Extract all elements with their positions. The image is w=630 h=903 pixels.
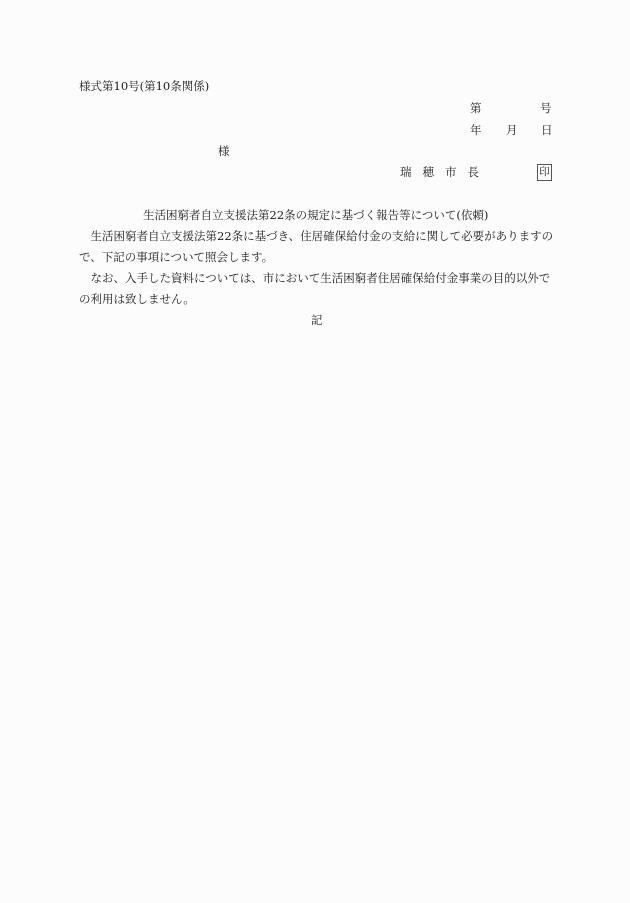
document-title: 生活困窮者自立支援法第22条の規定に基づく報告等について(依頼) xyxy=(143,210,488,222)
paragraph-line: の利用は致しません。 xyxy=(79,289,553,310)
form-number: 様式第10号(第10条関係) xyxy=(79,81,209,93)
paragraph-line: で、下記の事項について照会します。 xyxy=(79,247,553,268)
seal-stamp-icon: 印 xyxy=(537,164,552,181)
paragraph-line: 生活困窮者自立支援法第22条に基づき、住居確保給付金の支給に関して必要があります… xyxy=(79,226,553,247)
paragraph-line: なお、入手した資料については、市において生活困窮者住居確保給付金事業の目的以外で xyxy=(79,268,553,289)
sender-name: 瑞穂市長 xyxy=(400,167,490,179)
date-month-label: 月 xyxy=(506,125,518,137)
ki-heading: 記 xyxy=(311,315,323,327)
addressee-honorific: 様 xyxy=(218,146,230,158)
body-paragraph-2: なお、入手した資料については、市において生活困窮者住居確保給付金事業の目的以外で… xyxy=(79,268,553,310)
date-year-label: 年 xyxy=(470,125,482,137)
body-paragraph-1: 生活困窮者自立支援法第22条に基づき、住居確保給付金の支給に関して必要があります… xyxy=(79,226,553,268)
document-number-suffix: 号 xyxy=(540,103,552,115)
document-number-prefix: 第 xyxy=(470,103,482,115)
date-day-label: 日 xyxy=(541,125,553,137)
